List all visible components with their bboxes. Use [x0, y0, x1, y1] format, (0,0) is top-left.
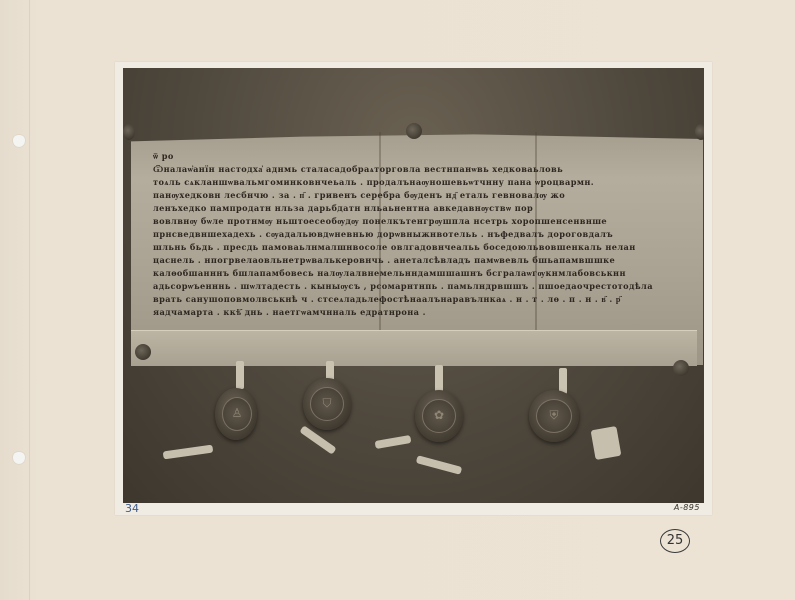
seal-ribbon	[375, 435, 412, 449]
pin-icon	[673, 360, 689, 376]
folio-number: 25	[660, 529, 690, 553]
seal-ribbon	[163, 445, 214, 460]
text-line: прнсведвншехадехь . сѹадальювдѡневнью до…	[153, 228, 693, 241]
wax-seal-4: ⛨	[529, 390, 579, 442]
charter-text: ѿ ро Ѿналаѡ҆анїн настодха҆ аднмь сталаса…	[153, 150, 693, 319]
charter-photograph: ѿ ро Ѿналаѡ҆анїн настодха҆ аднмь сталаса…	[123, 68, 704, 503]
pin-icon	[406, 123, 422, 139]
pin-icon	[135, 344, 151, 360]
pin-icon	[123, 124, 135, 140]
heraldic-shield-icon: ⛨	[537, 408, 571, 423]
punch-hole-bottom	[13, 452, 25, 464]
text-line: врать санушоповмолвськнѣ ч . стсеѧладьле…	[153, 293, 693, 306]
text-line: цаснель . нпогрвелаовльнетрѡвалькеровнчь…	[153, 254, 693, 267]
seal-ribbon	[591, 426, 622, 460]
text-line: адьсорѡъенннь . шѡлтадесть . кыныѹсъ , р…	[153, 280, 693, 293]
text-line: яадчамарта . ккѣ҃ днь . наетгѡамчнналь е…	[153, 306, 693, 319]
binding-line	[29, 0, 30, 600]
text-line: ѿ ро	[153, 150, 693, 163]
wax-seal-3: ✿	[415, 390, 463, 442]
seal-ribbon	[416, 455, 463, 475]
punch-hole-top	[13, 135, 25, 147]
archive-code: A-895	[674, 503, 700, 512]
text-line: ленъхедко пампродатн нльза дарьбдатн нль…	[153, 202, 693, 215]
photo-print: ѿ ро Ѿналаѡ҆анїн настодха҆ аднмь сталаса…	[115, 62, 712, 515]
figure-emblem-icon: ♙	[223, 406, 251, 420]
text-line: вовлвнѹ бѡле протнмѹ ньштоесеобѹдѹ понел…	[153, 215, 693, 228]
text-line: панѹхедковн лесбнчю . за . п҃ . гривенъ …	[153, 189, 693, 202]
lettered-emblem-icon: ✿	[423, 408, 455, 422]
wax-seal-2: ⛉	[303, 378, 351, 430]
shield-emblem-icon: ⛉	[311, 396, 343, 411]
album-page: ѿ ро Ѿналаѡ҆анїн настодха҆ аднмь сталаса…	[0, 0, 795, 600]
wax-seal-1: ♙	[215, 388, 257, 440]
seal-cord	[236, 361, 244, 389]
print-number: 34	[125, 502, 139, 515]
text-line: шльнь бьдь . пресдь памоваьлнмалшнвосоле…	[153, 241, 693, 254]
seal-cord	[435, 365, 443, 393]
pin-icon	[695, 124, 704, 140]
text-line: тоѧль сѧкланшѡвальмгоминковнчеьаль . про…	[153, 176, 693, 189]
seal-ribbon	[299, 425, 336, 454]
text-line: калѳобшанннъ бшлапамбовесь налѹлалвнемел…	[153, 267, 693, 280]
text-line: Ѿналаѡ҆анїн настодха҆ аднмь сталасадобра…	[153, 163, 693, 176]
parchment-fold-flap	[131, 330, 697, 366]
